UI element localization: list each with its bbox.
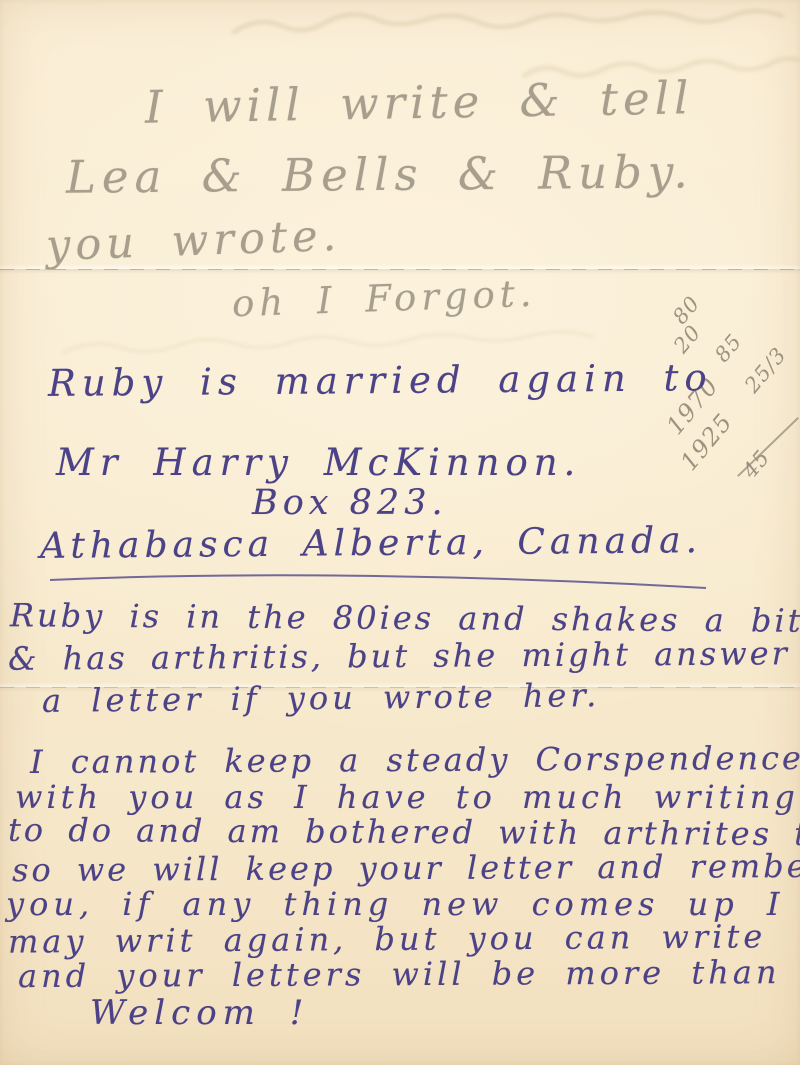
- pencil-line: oh I Forgot.: [231, 275, 537, 323]
- ink-line: & has arthritis, but she might answer: [8, 637, 790, 674]
- margin-number: 25/3: [740, 343, 791, 398]
- letter-page: I will write & tell Lea & Bells & Ruby. …: [0, 0, 800, 1065]
- margin-number: 85: [710, 329, 747, 366]
- margin-number: 20: [669, 320, 706, 357]
- ink-line: may writ again, but you can write: [8, 920, 766, 957]
- ink-line: a letter if you wrote her.: [42, 679, 601, 717]
- ink-line: and your letters will be more than —: [18, 956, 800, 992]
- margin-number: 45: [738, 445, 775, 482]
- ink-line: Box 823.: [252, 486, 448, 521]
- bleed-through-ghost-top: [230, 2, 790, 48]
- pencil-line: Lea & Bells & Ruby.: [66, 149, 694, 199]
- pencil-line: I will write & tell: [145, 75, 694, 130]
- ink-line: Ruby is married again to: [48, 359, 713, 402]
- pencil-line: you wrote.: [45, 215, 342, 268]
- ink-line: so we will keep your letter and rember: [12, 850, 800, 886]
- ink-line: Welcom !: [90, 996, 309, 1030]
- ink-line: Athabasca Alberta, Canada.: [40, 523, 702, 565]
- ink-line: to do and am bothered with arthrites to,: [8, 814, 800, 850]
- ink-line: Mr Harry McKinnon.: [56, 444, 581, 481]
- address-underline: [46, 570, 714, 596]
- ink-line: Ruby is in the 80ies and shakes a bit: [10, 599, 800, 637]
- ink-line: I cannot keep a steady Corspendence: [30, 742, 800, 778]
- ink-line: with you as I have to much writing: [15, 781, 799, 813]
- ink-line: you, if any thing new comes up I: [6, 888, 785, 920]
